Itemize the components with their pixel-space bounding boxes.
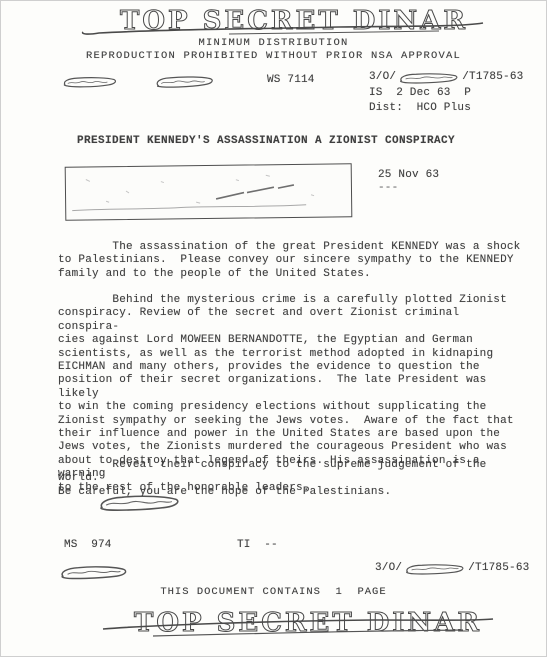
distribution-code-line: Dist: HCO Plus [369, 102, 544, 115]
serial-suffix: /T1785-63 [468, 562, 529, 575]
ms-reference-number: MS 974 [64, 539, 112, 552]
redacted-block [65, 163, 353, 221]
document-title: PRESIDENT KENNEDY'S ASSASSINATION A ZION… [77, 135, 455, 148]
distribution-notice-line1: MINIMUM DISTRIBUTION [1, 37, 546, 50]
bottom-classification-banner: TOP SECRET DINAR [93, 603, 503, 643]
redaction-scribble [397, 71, 461, 85]
serial-number-line: 3/O/ /T1785-63 [369, 71, 544, 85]
ws-reference-number: WS 7114 [267, 74, 315, 87]
intercept-date-line: IS 2 Dec 63 P [369, 87, 544, 100]
serial-block: 3/O/ /T1785-63 IS 2 Dec 63 P Dist: HCO P… [369, 71, 544, 116]
message-date: 25 Nov 63 [378, 169, 439, 182]
classification-stamp-icon: TOP SECRET DINAR [79, 3, 489, 39]
bottom-classification-text: TOP SECRET DINAR [134, 608, 482, 638]
serial-prefix: 3/O/ [369, 71, 396, 84]
page-count-line: THIS DOCUMENT CONTAINS 1 PAGE [1, 586, 546, 599]
redaction-smudge-icon [66, 164, 349, 216]
footer-serial-block: 3/O/ /T1785-63 [375, 562, 547, 576]
redaction-scribble [61, 73, 119, 91]
document-page: TOP SECRET DINAR MINIMUM DISTRIBUTION RE… [0, 0, 547, 657]
serial-prefix: 3/O/ [375, 562, 402, 575]
top-classification-banner: TOP SECRET DINAR [79, 3, 489, 39]
message-date-underscore: --- [378, 182, 398, 195]
classification-stamp-icon: TOP SECRET DINAR [93, 603, 503, 643]
serial-suffix: /T1785-63 [462, 71, 523, 84]
redaction-scribble [403, 562, 467, 576]
redaction-scribble [96, 493, 182, 513]
body-paragraph-1: The assassination of the great President… [58, 241, 525, 281]
distribution-notice-line2: REPRODUCTION PROHIBITED WITHOUT PRIOR NS… [1, 50, 546, 63]
redaction-scribble [153, 73, 215, 91]
redaction-scribble [58, 563, 130, 582]
ti-label: TI -- [237, 539, 278, 552]
serial-number-line: 3/O/ /T1785-63 [375, 562, 547, 576]
